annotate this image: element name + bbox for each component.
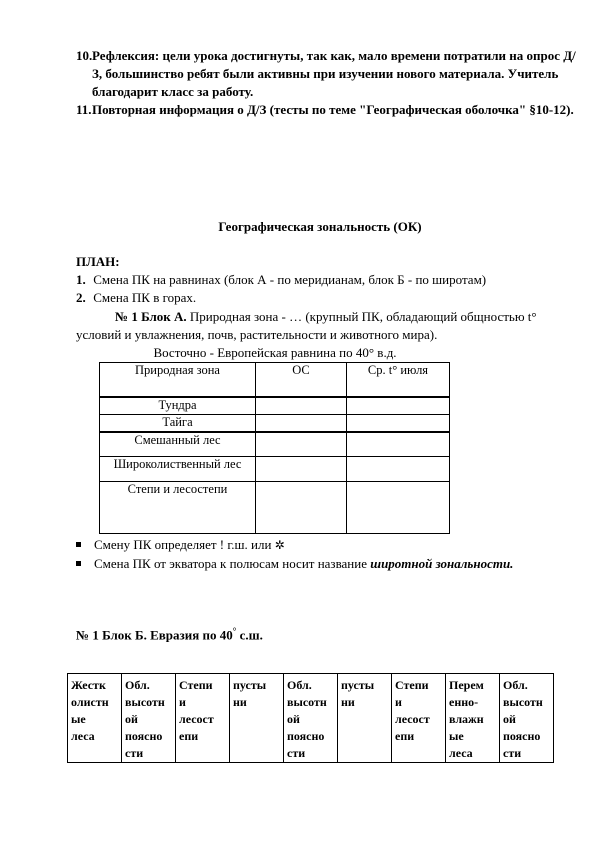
plan-item-text: Смена ПК в горах. — [93, 290, 196, 305]
natural-zones-table: Природная зона ОС Ср. t° июля Тундра Тай… — [99, 362, 450, 534]
table-cell[interactable] — [256, 432, 347, 457]
bullet-text: Смену ПК определяет ! г.ш. или — [94, 537, 275, 552]
table-row: Жестк олистн ые леса Обл. высотн ой пояс… — [68, 674, 554, 763]
table-cell: Обл. высотн ой пояснo сти — [500, 674, 554, 763]
table-cell[interactable] — [256, 482, 347, 534]
plan-item-2: 2. Смена ПК в горах. — [76, 290, 196, 306]
table-caption: Восточно - Европейская равнина по 40° в.… — [0, 345, 550, 361]
list-number: 10. — [76, 47, 92, 65]
list-item-reflection: 10. Рефлексия: цели урока достигнуты, та… — [76, 47, 576, 101]
table-cell[interactable] — [347, 397, 450, 415]
table-row: Тундра — [100, 397, 450, 415]
table-cell: Степи и лесост епи — [392, 674, 446, 763]
list-item-body: (тесты по теме "Географическая оболочка"… — [266, 102, 573, 117]
table-cell[interactable] — [256, 415, 347, 432]
asterisk-icon: ✲ — [275, 538, 285, 552]
table-cell[interactable] — [347, 432, 450, 457]
block-b-heading-text: № 1 Блок Б. Евразия по 40 — [76, 627, 233, 642]
block-b-heading: № 1 Блок Б. Евразия по 40° с.ш. — [76, 626, 263, 643]
list-item-lead: Рефлексия: — [92, 48, 159, 63]
column-header: Ср. t° июля — [347, 363, 450, 397]
block-b-heading-end: с.ш. — [236, 627, 263, 642]
list-item-text: Рефлексия: цели урока достигнуты, так ка… — [92, 47, 576, 101]
plan-item-1: 1. Смена ПК на равнинах (блок А - по мер… — [76, 272, 486, 288]
block-a-line-2: условий и увлажнения, почв, растительнос… — [76, 327, 437, 343]
list-item-text: Повторная информация о Д/З (тесты по тем… — [92, 101, 576, 119]
block-a-lead: № 1 Блок А. — [115, 309, 187, 324]
eurasia-zones-table: Жестк олистн ые леса Обл. высотн ой пояс… — [67, 673, 554, 763]
table-cell: Обл. высотн ой пояснo сти — [122, 674, 176, 763]
table-cell[interactable] — [347, 482, 450, 534]
plan-heading: ПЛАН: — [76, 254, 120, 270]
bullet-emphasis: широтной зональности. — [370, 556, 513, 571]
table-cell: пусты ни — [338, 674, 392, 763]
bullet-square-icon — [76, 561, 81, 566]
table-row: Смешанный лес — [100, 432, 450, 457]
bullet-text: Смена ПК от экватора к полюсам носит наз… — [94, 556, 370, 571]
table-header-row: Природная зона ОС Ср. t° июля — [100, 363, 450, 397]
table-cell: Степи и лесост епи — [176, 674, 230, 763]
list-item-homework: 11. Повторная информация о Д/З (тесты по… — [76, 101, 576, 119]
bullet-item: Смена ПК от экватора к полюсам носит наз… — [76, 556, 513, 572]
page-title: Географическая зональность (ОК) — [0, 219, 595, 235]
table-row: Тайга — [100, 415, 450, 432]
plan-item-text: Смена ПК на равнинах (блок А - по мериди… — [93, 272, 486, 287]
table-cell[interactable] — [256, 397, 347, 415]
table-cell: Тайга — [100, 415, 256, 432]
table-cell: Перем енно- влажн ые леса — [446, 674, 500, 763]
bullet-square-icon — [76, 542, 81, 547]
plan-item-number: 2. — [76, 290, 90, 306]
table-row: Широколиственный лес — [100, 457, 450, 482]
table-row: Степи и лесостепи — [100, 482, 450, 534]
table-cell[interactable] — [347, 415, 450, 432]
table-cell: Тундра — [100, 397, 256, 415]
table-cell[interactable] — [256, 457, 347, 482]
table-cell: Жестк олистн ые леса — [68, 674, 122, 763]
column-header: Природная зона — [100, 363, 256, 397]
column-header: ОС — [256, 363, 347, 397]
table-cell[interactable] — [347, 457, 450, 482]
table-cell: Степи и лесостепи — [100, 482, 256, 534]
table-cell: Смешанный лес — [100, 432, 256, 457]
block-a-definition: Природная зона - … (крупный ПК, обладающ… — [187, 309, 537, 324]
list-item-body: цели урока достигнуты, так как, мало вре… — [92, 48, 576, 99]
plan-item-number: 1. — [76, 272, 90, 288]
table-cell: Широколиственный лес — [100, 457, 256, 482]
list-item-lead: Повторная информация о Д/З — [92, 102, 266, 117]
bullet-item: Смену ПК определяет ! г.ш. или ✲ — [76, 537, 285, 553]
table-cell: пусты ни — [230, 674, 284, 763]
block-a-line-1: № 1 Блок А. Природная зона - … (крупный … — [115, 309, 537, 325]
list-number: 11. — [76, 101, 92, 119]
table-cell: Обл. высотн ой пояснo сти — [284, 674, 338, 763]
